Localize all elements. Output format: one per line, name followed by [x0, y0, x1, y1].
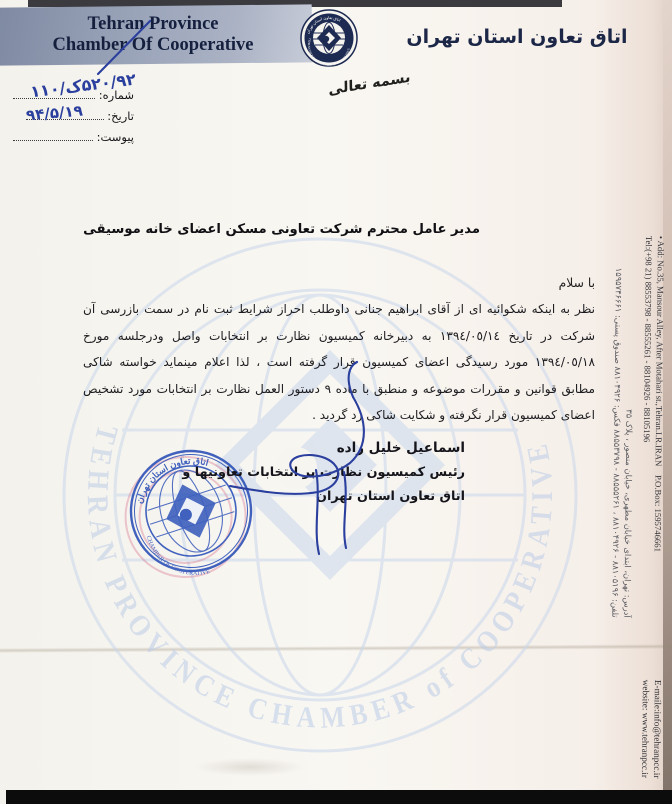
scanned-letter-page: TEHRAN PROVINCE CHAMBER of COOPERATIVE T… — [0, 0, 672, 804]
handwritten-signature-strokes — [0, 0, 672, 804]
scan-artifact-bottom-black-bar — [6, 790, 672, 804]
